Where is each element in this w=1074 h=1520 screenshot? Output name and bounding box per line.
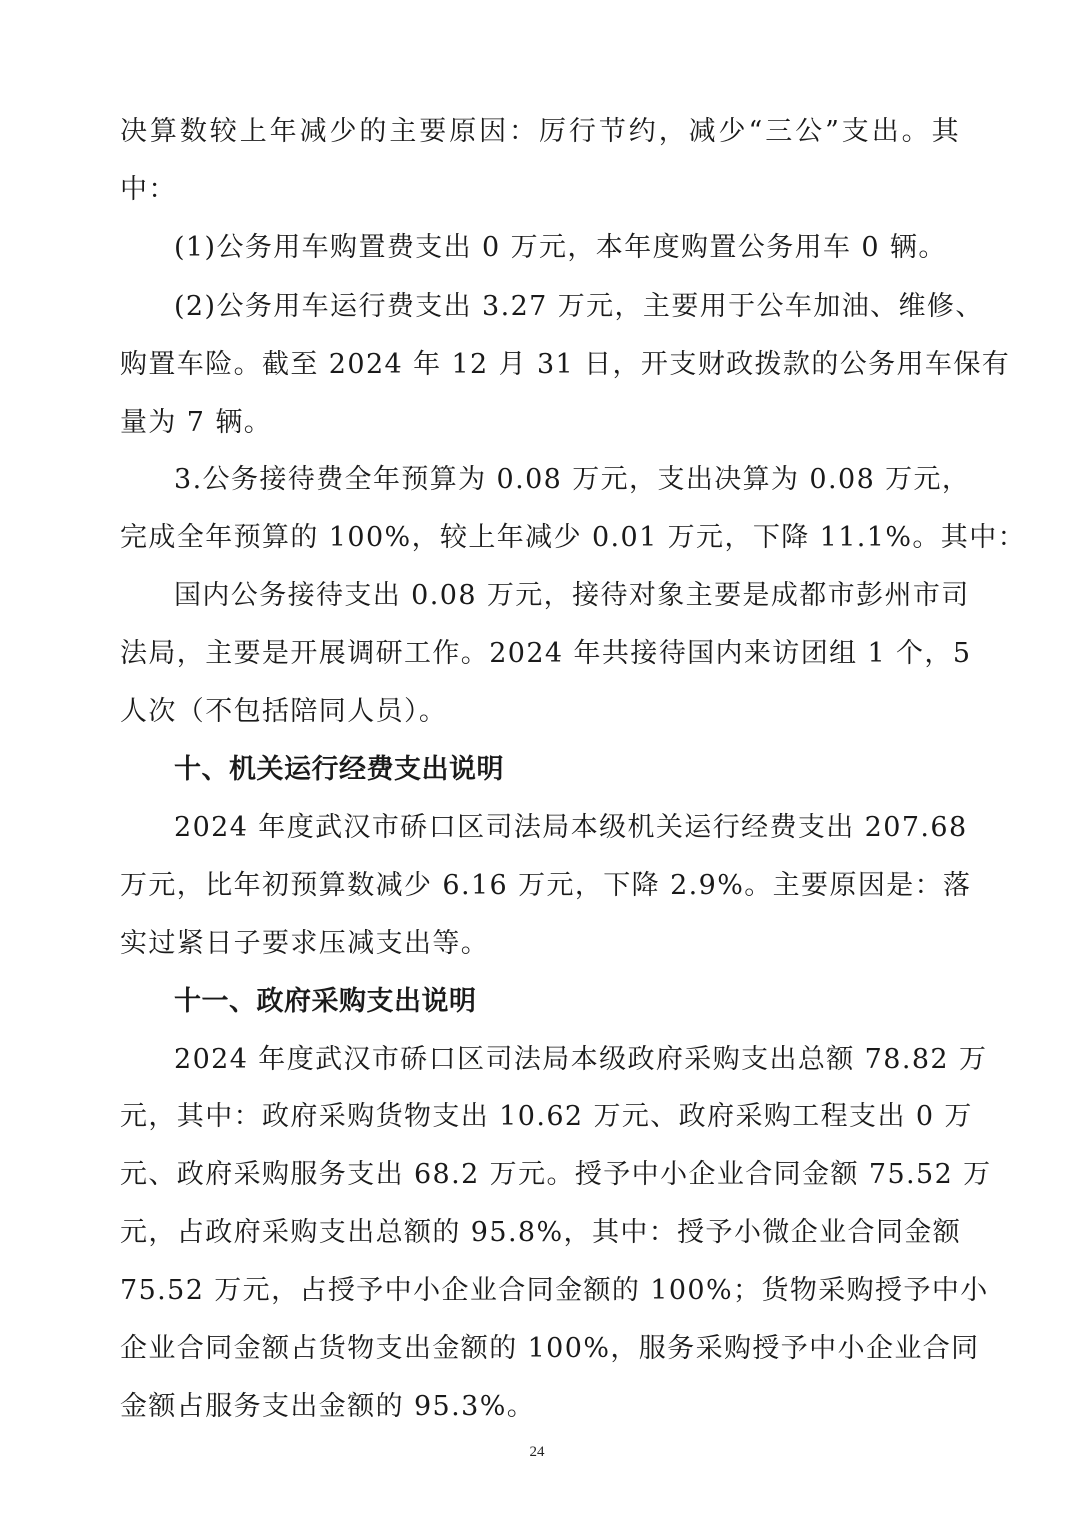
text-line: (1)公务用车购置费支出 0 万元，本年度购置公务用车 0 辆。 (174, 228, 960, 268)
section-heading-ten: 十、机关运行经费支出说明 (174, 750, 504, 790)
text-line: 实过紧日子要求压减支出等。 (120, 924, 960, 964)
text-line: 3.公务接待费全年预算为 0.08 万元，支出决算为 0.08 万元， (174, 460, 960, 500)
text-line: 中： (120, 170, 960, 210)
section-heading-eleven: 十一、政府采购支出说明 (174, 982, 477, 1022)
text-line: (2)公务用车运行费支出 3.27 万元，主要用于公车加油、维修、 (174, 287, 960, 327)
text-line: 元，占政府采购支出总额的 95.8%，其中：授予小微企业合同金额 (120, 1213, 960, 1253)
text-line: 决算数较上年减少的主要原因：厉行节约，减少“三公”支出。其 (120, 112, 960, 152)
text-line: 法局，主要是开展调研工作。2024 年共接待国内来访团组 1 个，5 (120, 634, 960, 674)
text-line: 企业合同金额占货物支出金额的 100%，服务采购授予中小企业合同 (120, 1329, 960, 1369)
text-line: 元、政府采购服务支出 68.2 万元。授予中小企业合同金额 75.52 万 (120, 1155, 960, 1195)
text-line: 万元，比年初预算数减少 6.16 万元，下降 2.9%。主要原因是：落 (120, 866, 960, 906)
text-line: 元，其中：政府采购货物支出 10.62 万元、政府采购工程支出 0 万 (120, 1097, 960, 1137)
text-line: 金额占服务支出金额的 95.3%。 (120, 1387, 960, 1427)
text-line: 2024 年度武汉市硚口区司法局本级政府采购支出总额 78.82 万 (174, 1040, 960, 1080)
document-page: 决算数较上年减少的主要原因：厉行节约，减少“三公”支出。其中：(1)公务用车购置… (0, 0, 1074, 1520)
text-line: 国内公务接待支出 0.08 万元，接待对象主要是成都市彭州市司 (174, 576, 960, 616)
text-line: 75.52 万元，占授予中小企业合同金额的 100%；货物采购授予中小 (120, 1271, 960, 1311)
text-line: 购置车险。截至 2024 年 12 月 31 日，开支财政拨款的公务用车保有 (120, 345, 960, 385)
page-number: 24 (0, 1444, 1074, 1461)
text-line: 完成全年预算的 100%，较上年减少 0.01 万元，下降 11.1%。其中： (120, 518, 960, 558)
text-line: 2024 年度武汉市硚口区司法局本级机关运行经费支出 207.68 (174, 808, 960, 848)
text-line: 量为 7 辆。 (120, 403, 960, 443)
text-line: 人次（不包括陪同人员）。 (120, 692, 960, 732)
